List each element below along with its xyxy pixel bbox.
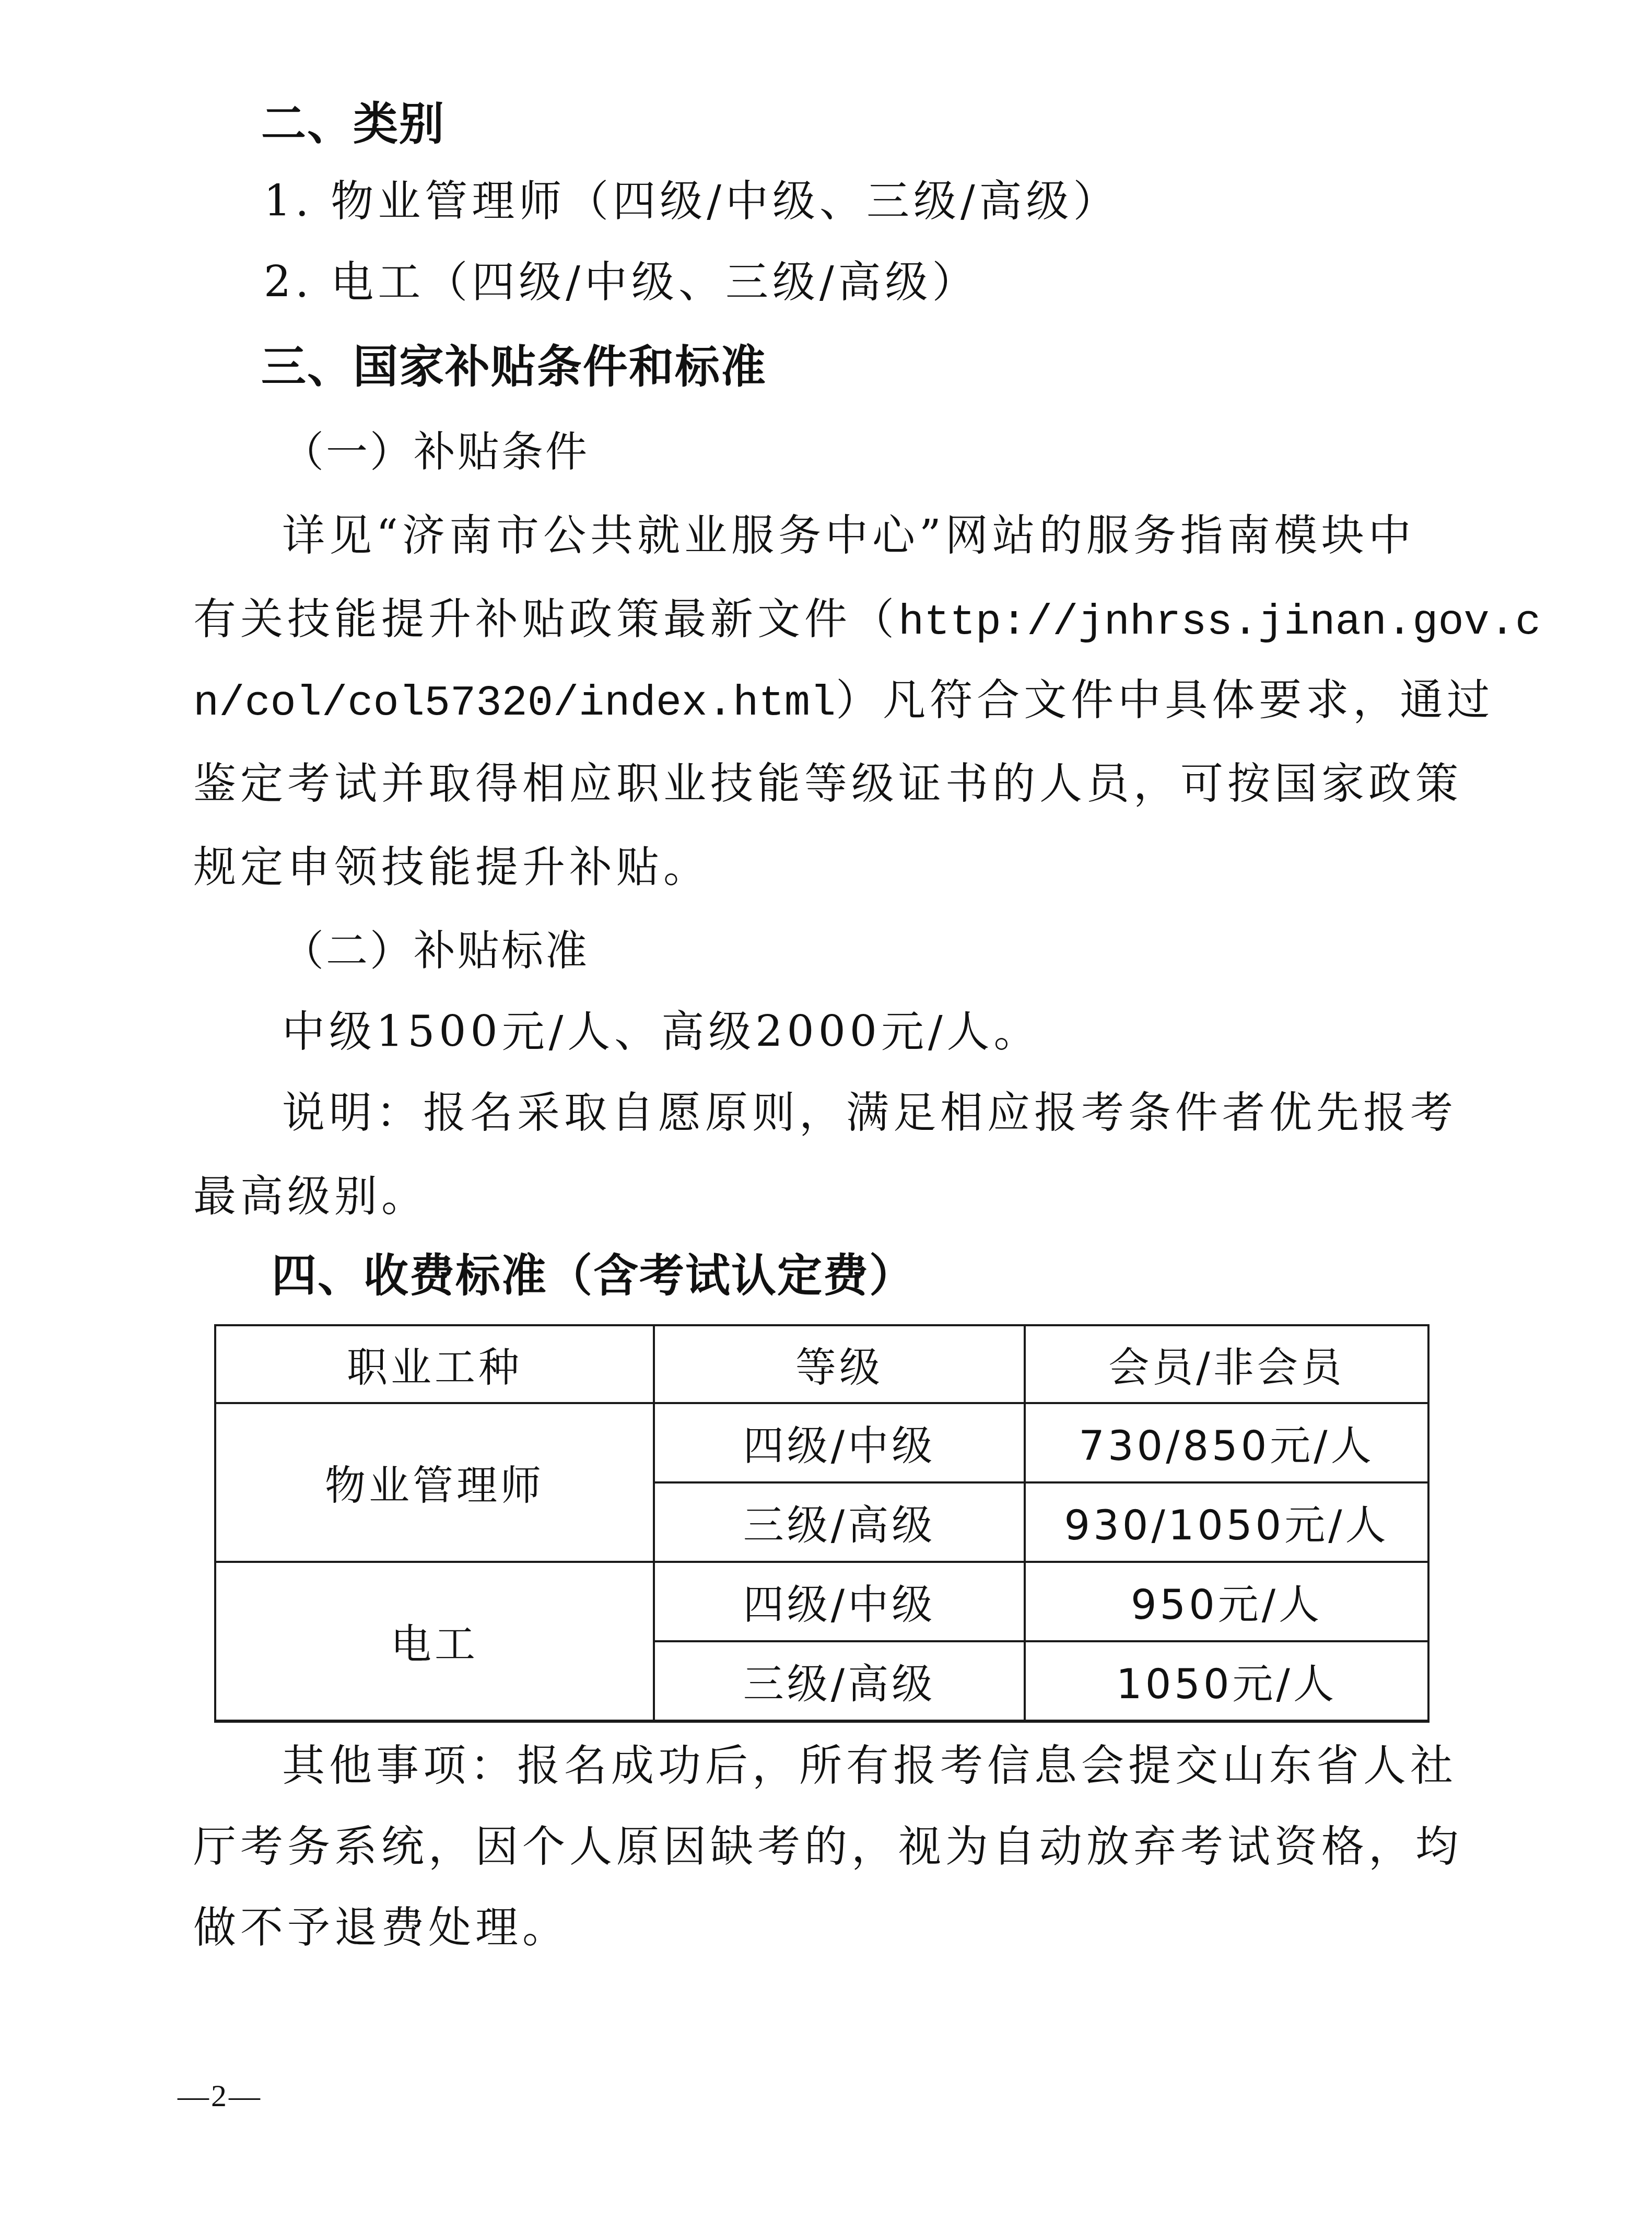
conditions-line-1: 详见“济南市公共就业服务中心”网站的服务指南模块中 (282, 515, 1415, 557)
fee-table: 职业工种 等级 会员/非会员 物业管理师 四级/中级 730/850元/人 三级… (214, 1324, 1430, 1723)
other-matters-line-3: 做不予退费处理。 (193, 1907, 569, 1949)
page-number: —2— (178, 2078, 262, 2114)
conditions-line-2: 有关技能提升补贴政策最新文件（http://jnhrss.jinan.gov.c (193, 598, 1541, 644)
conditions-line-3: n/col/col57320/index.html）凡符合文件中具体要求，通过 (193, 679, 1494, 725)
other-matters-line-2: 厅考务系统，因个人原因缺考的，视为自动放弃考试资格，均 (193, 1826, 1462, 1868)
table-row: 电工 四级/中级 950元/人 (215, 1562, 1428, 1641)
header-level: 等级 (654, 1325, 1025, 1403)
fee-cell: 1050元/人 (1025, 1641, 1428, 1721)
section-heading-subsidy: 三、国家补贴条件和标准 (261, 345, 767, 390)
note-line-2: 最高级别。 (193, 1175, 428, 1218)
subheading-subsidy-conditions: （一）补贴条件 (282, 431, 589, 473)
level-cell: 三级/高级 (654, 1641, 1025, 1721)
conditions-text: ）凡符合文件中具体要求，通过 (836, 675, 1494, 725)
fee-table-header-row: 职业工种 等级 会员/非会员 (215, 1325, 1428, 1403)
other-matters-line-1: 其他事项：报名成功后，所有报考信息会提交山东省人社 (282, 1745, 1457, 1788)
category-item-property-manager: 1. 物业管理师（四级/中级、三级/高级） (264, 180, 1120, 223)
subheading-subsidy-standard: （二）补贴标准 (282, 930, 589, 972)
category-item-electrician: 2. 电工（四级/中级、三级/高级） (264, 261, 979, 304)
table-row: 物业管理师 四级/中级 730/850元/人 (215, 1403, 1428, 1482)
conditions-line-5: 规定申领技能提升补贴。 (193, 846, 710, 889)
header-fee: 会员/非会员 (1025, 1325, 1428, 1403)
occupation-cell: 物业管理师 (215, 1403, 654, 1562)
occupation-cell: 电工 (215, 1562, 654, 1721)
section-heading-categories: 二、类别 (261, 102, 445, 147)
section-heading-fees: 四、收费标准（含考试认定费） (272, 1254, 915, 1299)
header-occupation: 职业工种 (215, 1325, 654, 1403)
conditions-text: 有关技能提升补贴政策最新文件（ (193, 594, 898, 644)
fee-cell: 730/850元/人 (1025, 1403, 1428, 1482)
conditions-line-4: 鉴定考试并取得相应职业技能等级证书的人员，可按国家政策 (193, 763, 1462, 805)
level-cell: 四级/中级 (654, 1403, 1025, 1482)
subsidy-standard-amounts: 中级1500元/人、高级2000元/人。 (282, 1011, 1041, 1054)
policy-link-part-1[interactable]: http://jnhrss.jinan.gov.c (898, 598, 1541, 647)
note-line-1: 说明：报名采取自愿原则，满足相应报考条件者优先报考 (282, 1092, 1457, 1135)
level-cell: 三级/高级 (654, 1482, 1025, 1562)
policy-link-part-2[interactable]: n/col/col57320/index.html (193, 679, 836, 728)
fee-cell: 930/1050元/人 (1025, 1482, 1428, 1562)
fee-cell: 950元/人 (1025, 1562, 1428, 1641)
level-cell: 四级/中级 (654, 1562, 1025, 1641)
